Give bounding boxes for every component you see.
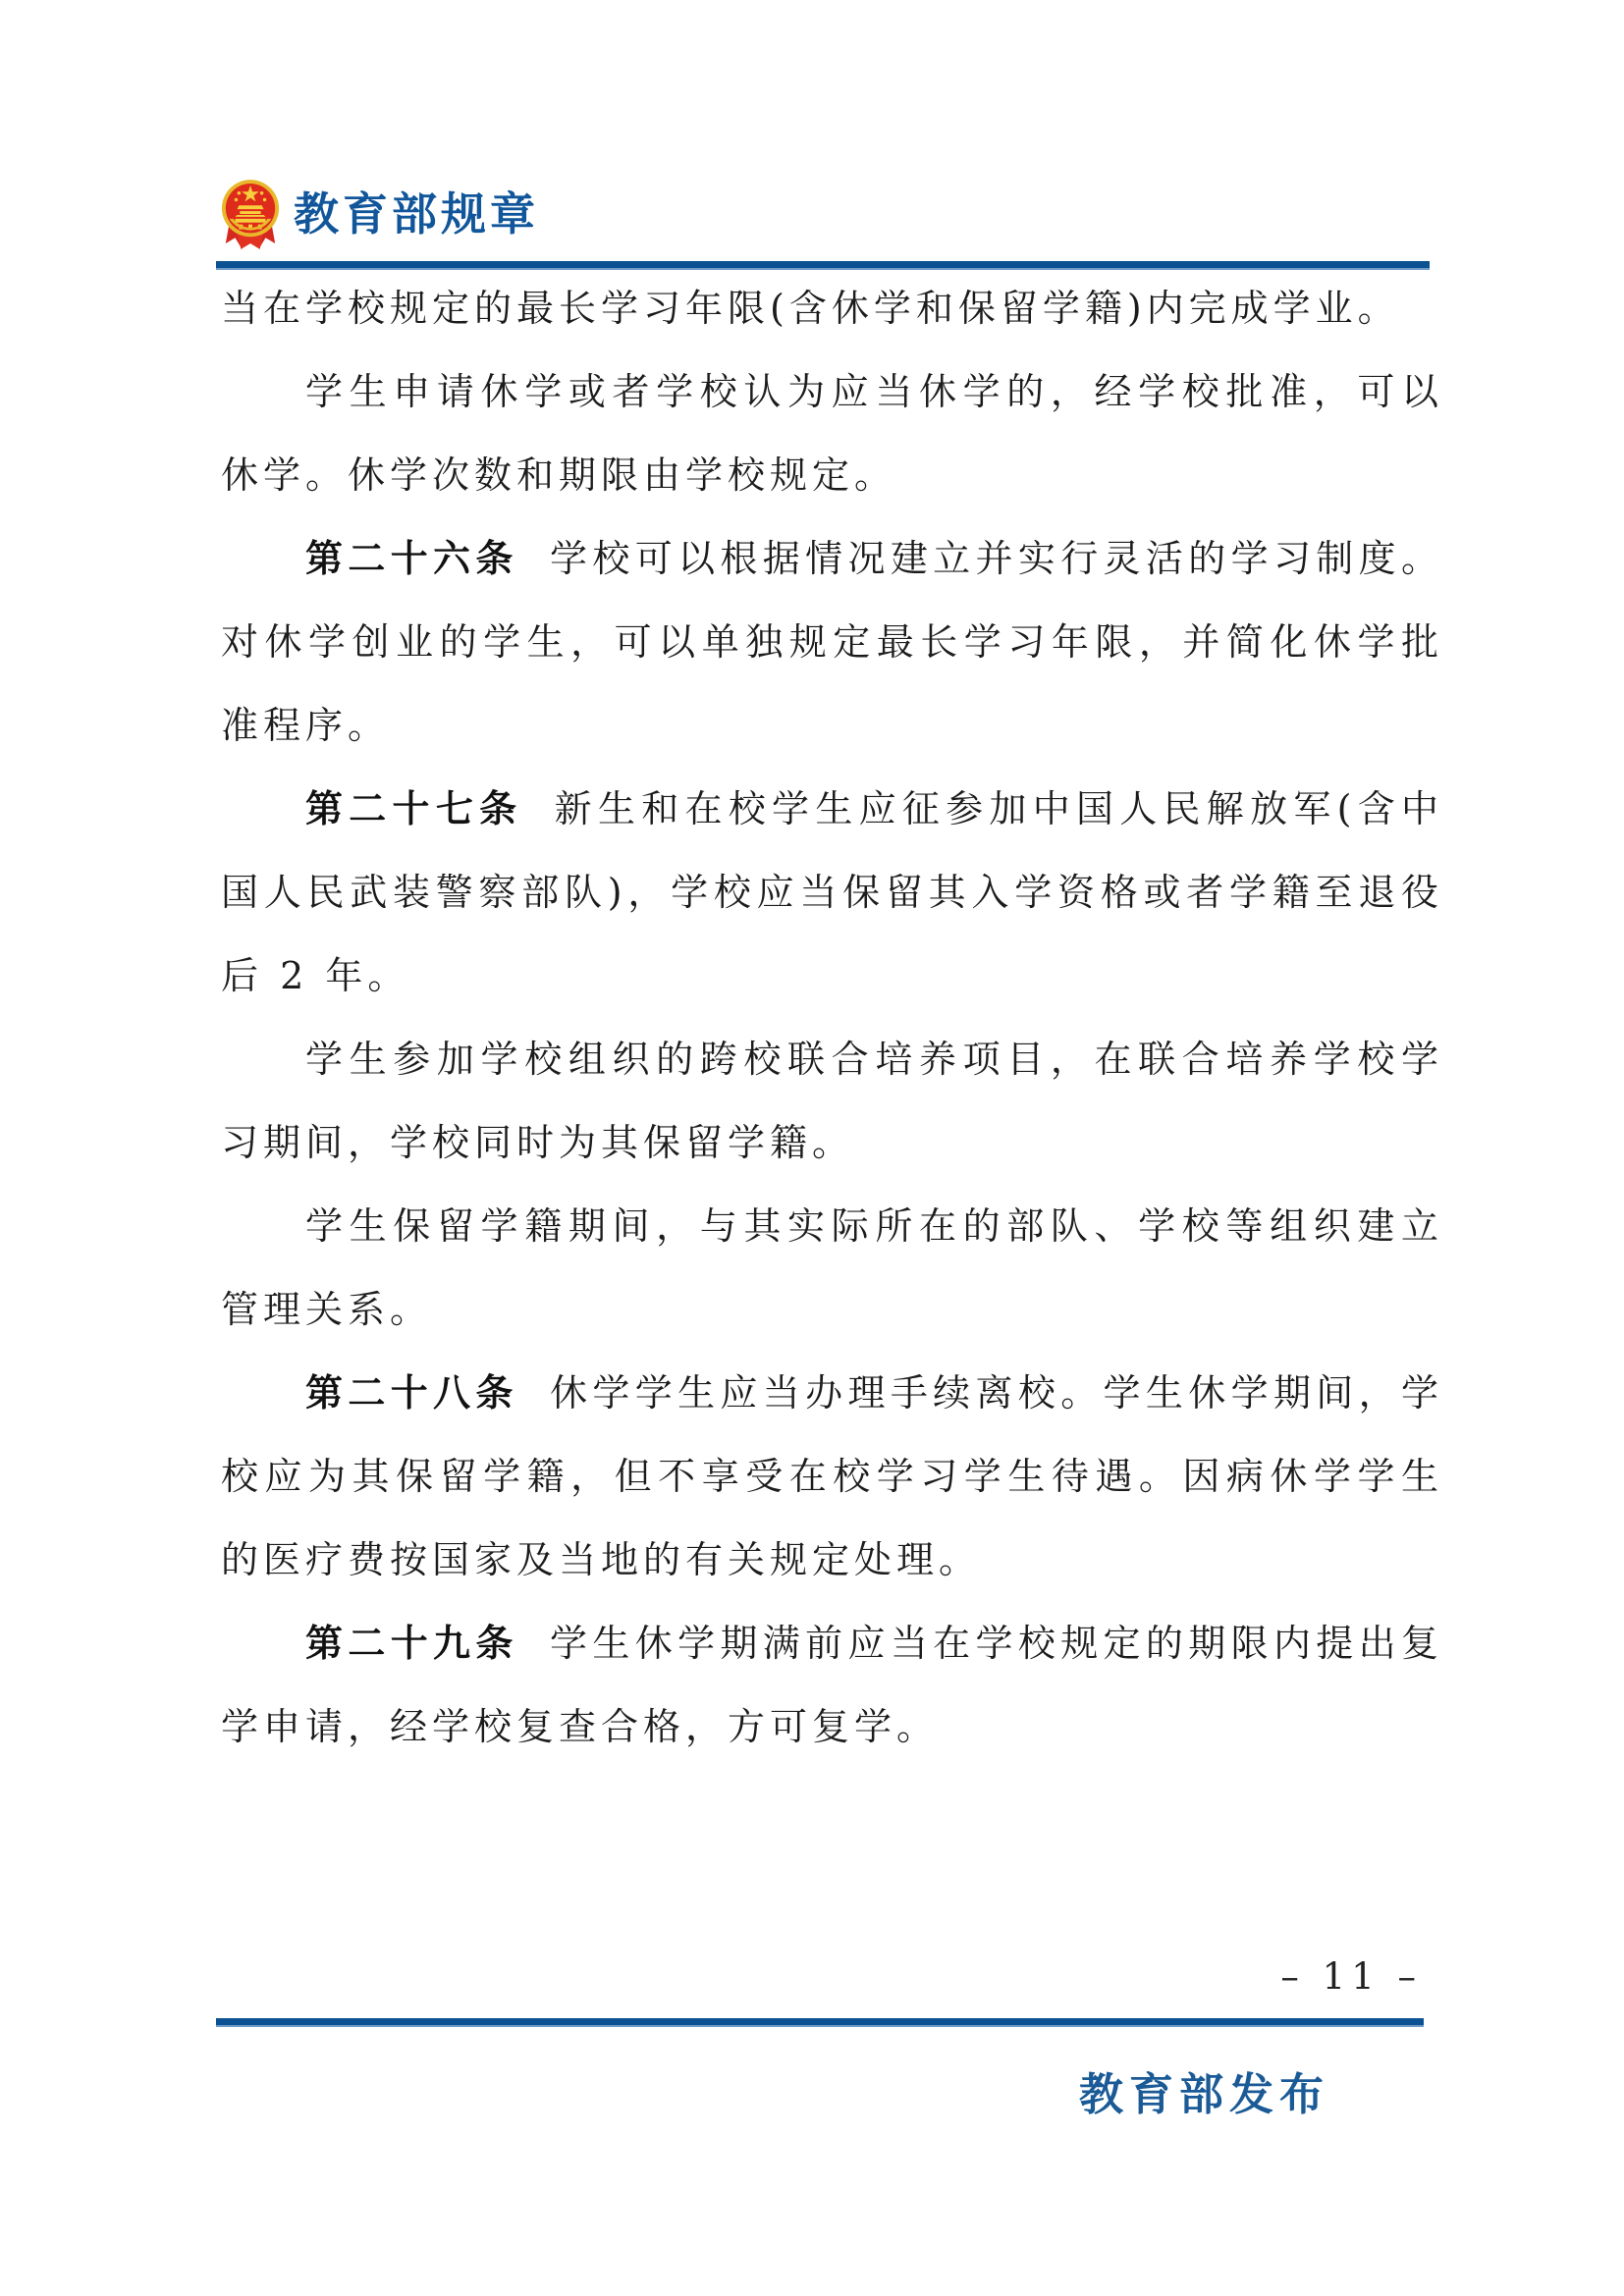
- document-page: 教育部规章 当在学校规定的最长学习年限(含休学和保留学籍)内完成学业。学生申请休…: [0, 0, 1624, 2296]
- header-title: 教育部规章: [294, 186, 539, 242]
- document-body: 当在学校规定的最长学习年限(含休学和保留学籍)内完成学业。学生申请休学或者学校认…: [221, 267, 1443, 1769]
- paragraph: 第二十六条学校可以根据情况建立并实行灵活的学习制度。对休学创业的学生，可以单独规…: [221, 517, 1443, 768]
- article-number: 第二十九条: [305, 1622, 518, 1665]
- paragraph: 第二十九条学生休学期满前应当在学校规定的期限内提出复学申请，经学校复查合格，方可…: [221, 1602, 1443, 1769]
- paragraph: 第二十七条新生和在校学生应征参加中国人民解放军(含中国人民武装警察部队)，学校应…: [221, 768, 1443, 1018]
- paragraph: 学生保留学籍期间，与其实际所在的部队、学校等组织建立管理关系。: [221, 1185, 1443, 1352]
- article-number: 第二十八条: [305, 1371, 518, 1415]
- paragraph: 学生参加学校组织的跨校联合培养项目，在联合培养学校学习期间，学校同时为其保留学籍…: [221, 1018, 1443, 1185]
- paragraph: 学生申请休学或者学校认为应当休学的，经学校批准，可以休学。休学次数和期限由学校规…: [221, 350, 1443, 517]
- national-emblem-icon: [220, 177, 281, 251]
- page-number: – 11 –: [216, 1955, 1422, 1998]
- footer-divider: [216, 2018, 1424, 2027]
- article-number: 第二十六条: [305, 537, 518, 580]
- paragraph: 第二十八条休学学生应当办理手续离校。学生休学期间，学校应为其保留学籍，但不享受在…: [221, 1352, 1443, 1602]
- article-number: 第二十七条: [305, 787, 522, 830]
- paragraph: 当在学校规定的最长学习年限(含休学和保留学籍)内完成学业。: [221, 267, 1443, 350]
- publisher-label: 教育部发布: [1079, 2058, 1329, 2122]
